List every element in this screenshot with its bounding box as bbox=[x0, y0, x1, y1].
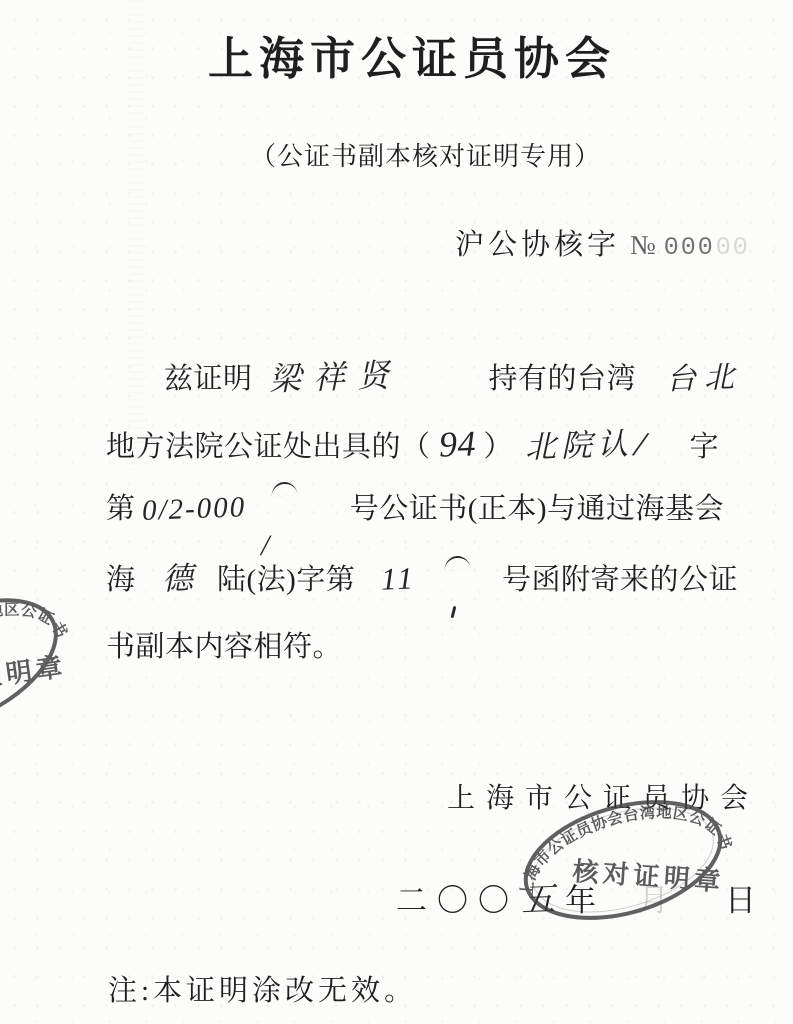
body-line2-close-paren: ） bbox=[484, 431, 514, 463]
body-line-2: 地方法院公证处出具的（94）北院认/字 bbox=[106, 423, 719, 466]
body-intro: 兹证明 bbox=[164, 363, 253, 395]
handwritten-character: 德 bbox=[161, 559, 194, 597]
subtitle: （公证书副本核对证明专用） bbox=[250, 136, 601, 173]
verification-seal-partial: 上海市公证员协会台湾地区公证书正副本 核对证明章 bbox=[0, 556, 95, 774]
stamp-ring-text: 上海市公证员协会台湾地区公证书正副本 bbox=[0, 556, 72, 736]
handwritten-court-code: 北院认 bbox=[524, 425, 633, 466]
body-line4-mid: 陆(法)字第 bbox=[217, 564, 355, 596]
handwritten-certificate-number: 0/2-000 bbox=[141, 490, 246, 528]
body-line1-mid: 持有的台湾 bbox=[489, 363, 637, 395]
body-line3-tail: 号公证书(正本)与通过海基会 bbox=[350, 493, 724, 525]
handwritten-slash: / bbox=[632, 422, 648, 466]
tick-mark bbox=[451, 606, 456, 618]
body-line-1: 兹证明梁祥贤持有的台湾台北 bbox=[164, 358, 742, 397]
handwritten-roc-year: 94 bbox=[438, 422, 476, 466]
body-line2-tail: 字 bbox=[690, 431, 720, 463]
body-line2-pre: 地方法院公证处出具的（ bbox=[106, 431, 431, 463]
page-title: 上海市公证员协会 bbox=[208, 22, 616, 87]
numero-symbol: № bbox=[630, 230, 656, 260]
stamp-inner-text: 核对证明章 bbox=[0, 651, 66, 702]
body-line-3: 第0/2-000/号公证书(正本)与通过海基会 bbox=[106, 492, 724, 527]
serial-digits: 000 bbox=[664, 233, 715, 262]
serial-digits-faded: 00 bbox=[716, 233, 750, 262]
date-year-prefix: 二〇〇 bbox=[396, 883, 519, 918]
scan-artifact bbox=[127, 0, 143, 470]
body-line-4: 海德陆(法)字第11号函附寄来的公证 bbox=[106, 560, 738, 598]
notary-certificate-page: 上海市公证员协会 （公证书副本核对证明专用） 沪公协核字№00000 兹证明梁祥… bbox=[0, 0, 793, 1024]
footer-note: 注:本证明涂改无效。 bbox=[108, 968, 417, 1009]
body-line4-tail: 号函附寄来的公证 bbox=[502, 564, 738, 596]
serial-number-line: 沪公协核字№00000 bbox=[455, 222, 750, 263]
insertion-caret-mark bbox=[443, 555, 470, 572]
handwritten-letter-number: 11 bbox=[381, 559, 417, 597]
body-line3-pre: 第 bbox=[106, 493, 136, 525]
handwritten-city: 台北 bbox=[665, 360, 742, 399]
body-line4-pre: 海 bbox=[106, 564, 136, 596]
body-line-5: 书副本内容相符。 bbox=[106, 630, 342, 665]
stamp-inner-text: 核对证明章 bbox=[572, 856, 724, 896]
serial-prefix: 沪公协核字 bbox=[455, 229, 620, 261]
handwritten-name: 梁祥贤 bbox=[268, 356, 401, 399]
insertion-caret-mark bbox=[270, 481, 297, 498]
handwritten-slash-mark: / bbox=[261, 528, 270, 564]
